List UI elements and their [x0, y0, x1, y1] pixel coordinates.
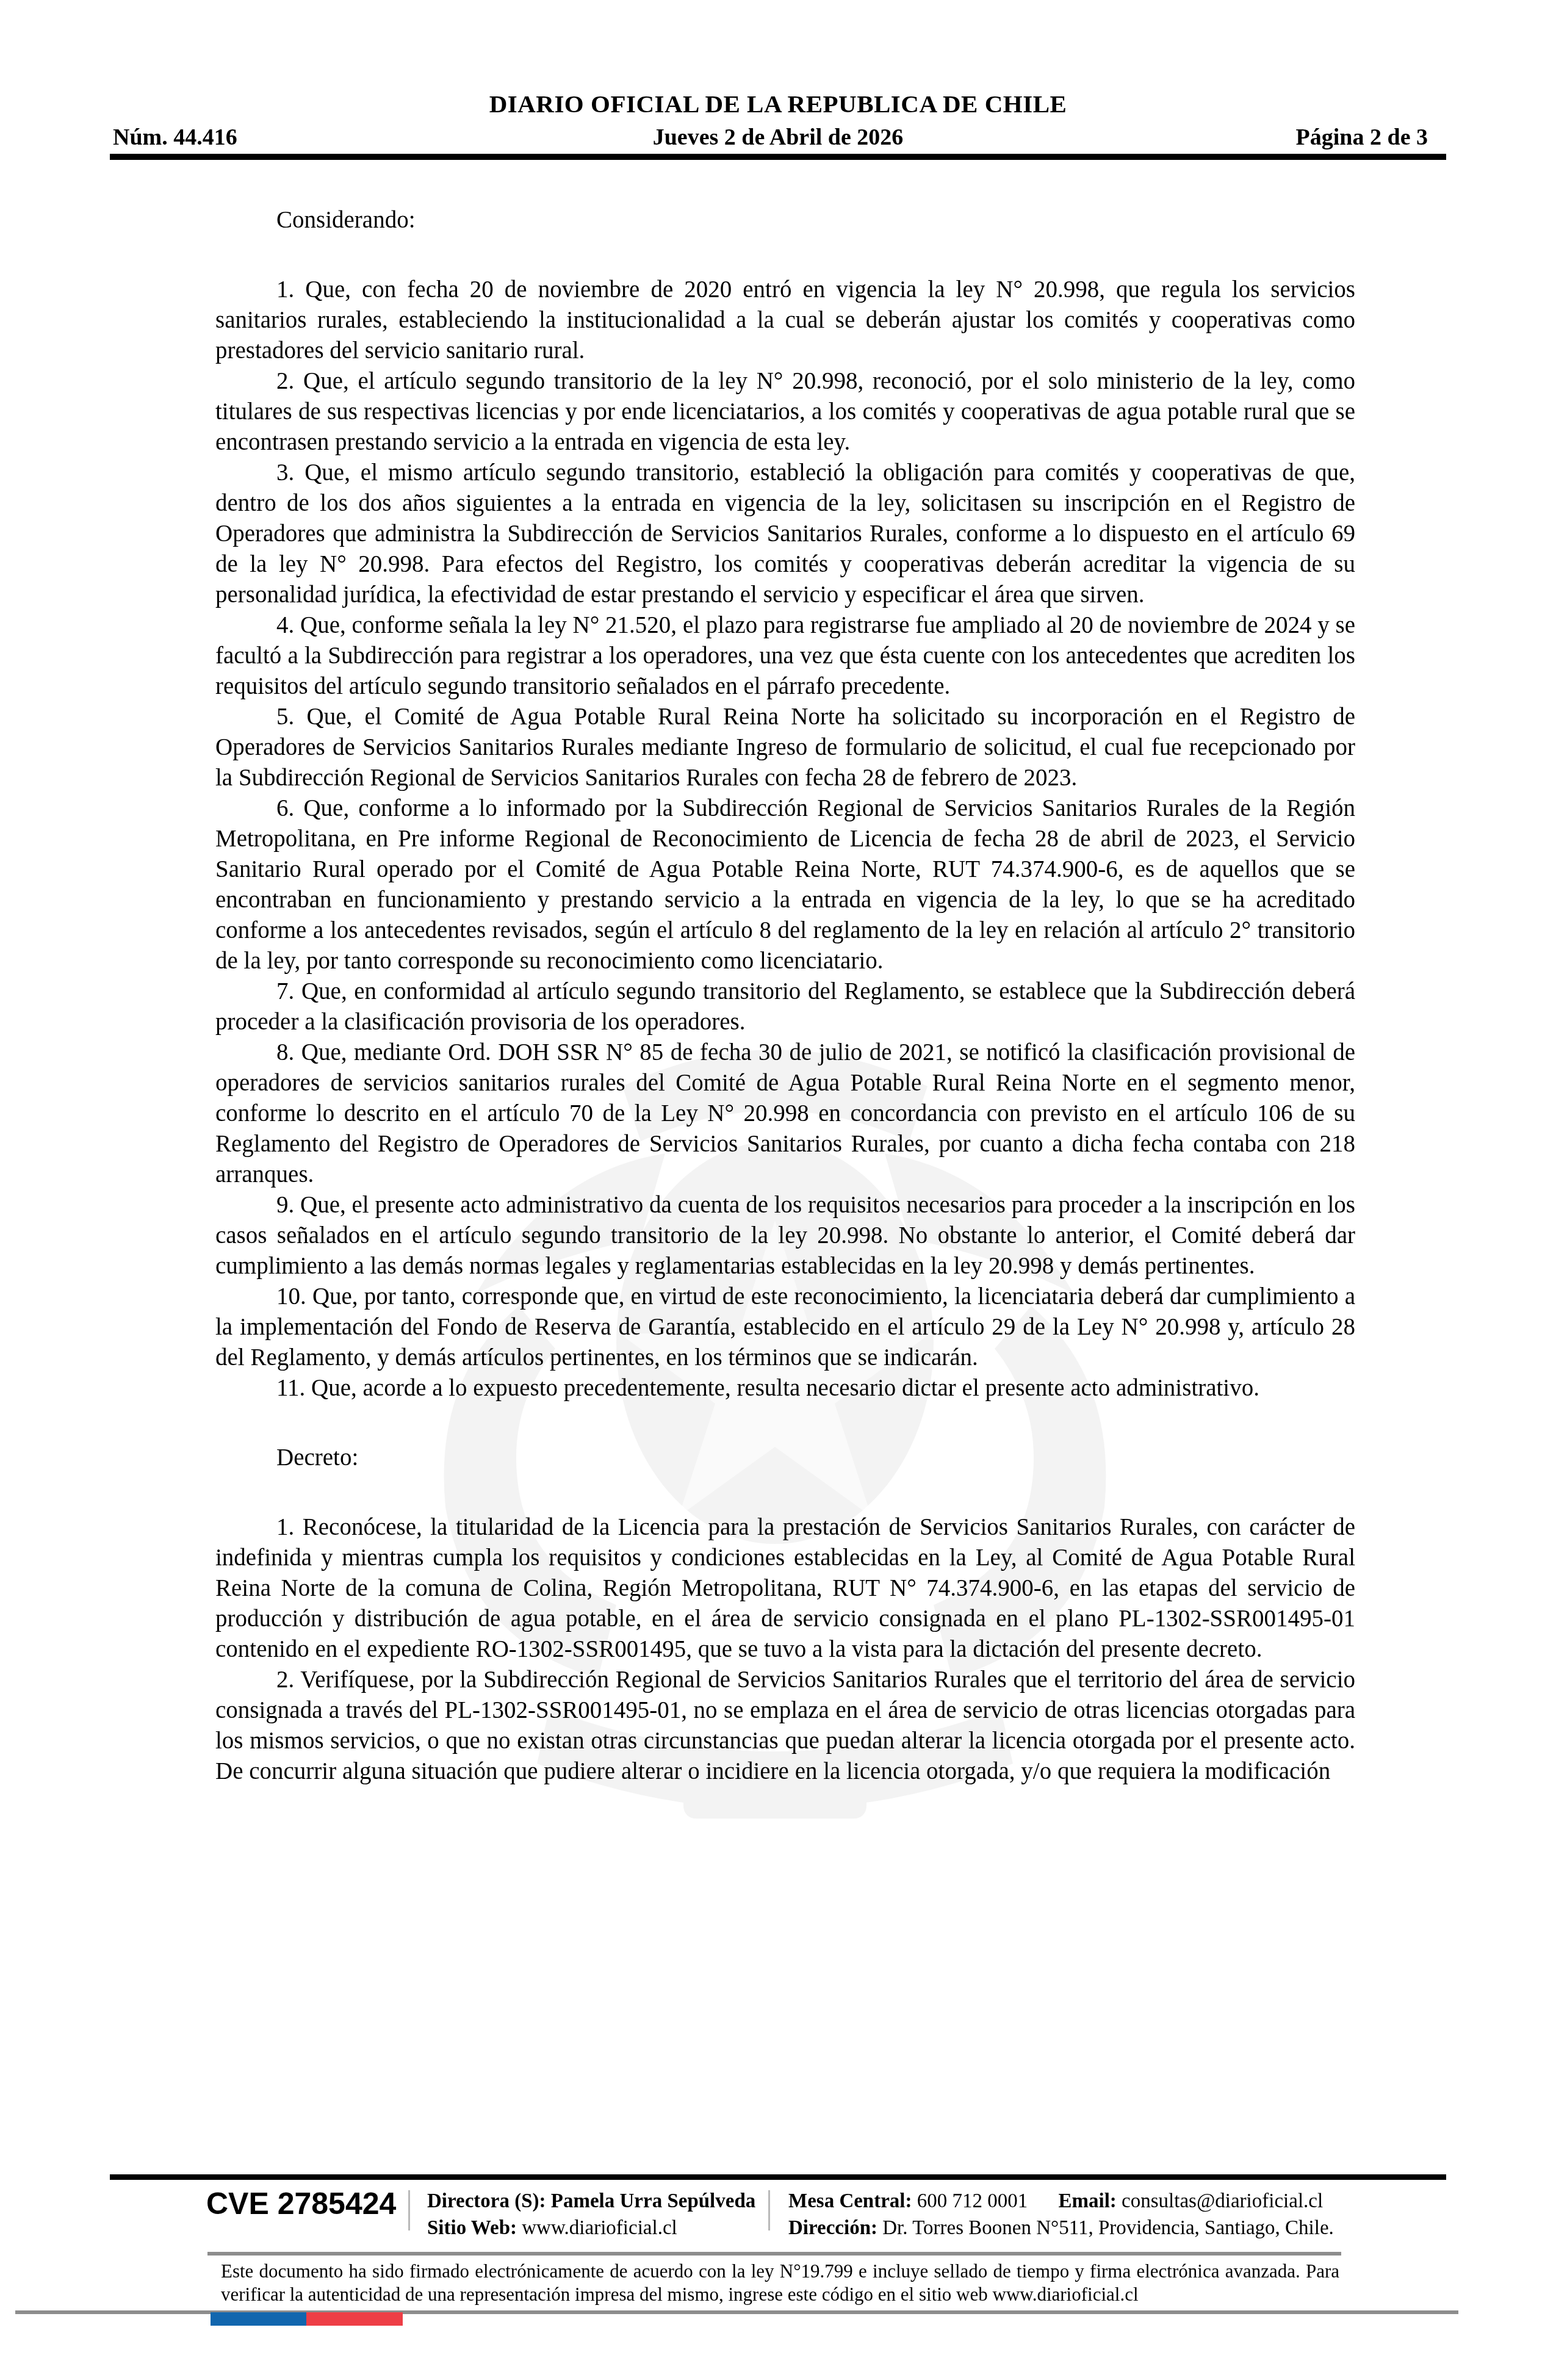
email-label: Email:: [1059, 2190, 1117, 2212]
cve-code: CVE 2785424: [206, 2186, 396, 2221]
considerando-paragraph-11: 11. Que, acorde a lo expuesto precedente…: [215, 1373, 1355, 1404]
phone-value: 600 712 0001: [917, 2190, 1028, 2212]
flag-blue-bar: [211, 2312, 306, 2326]
considerando-paragraph-9: 9. Que, el presente acto administrativo …: [215, 1190, 1355, 1282]
header-rule: [110, 154, 1446, 160]
site-url: www.diarioficial.cl: [522, 2217, 677, 2239]
considerando-paragraph-2: 2. Que, el artículo segundo transitorio …: [215, 366, 1355, 458]
decreto-heading: Decreto:: [215, 1443, 1355, 1473]
considerando-paragraph-6: 6. Que, conforme a lo informado por la S…: [215, 793, 1355, 976]
email-value: consultas@diarioficial.cl: [1122, 2190, 1323, 2212]
considerando-paragraph-8: 8. Que, mediante Ord. DOH SSR N° 85 de f…: [215, 1037, 1355, 1190]
phone-email-line: Mesa Central: 600 712 0001 Email: consul…: [788, 2188, 1334, 2215]
director-line: Directora (S): Pamela Urra Sepúlveda: [427, 2188, 755, 2215]
site-line: Sitio Web: www.diarioficial.cl: [427, 2215, 755, 2241]
considerando-paragraph-4: 4. Que, conforme señala la ley N° 21.520…: [215, 610, 1355, 702]
gazette-page: DIARIO OFICIAL DE LA REPUBLICA DE CHILE …: [0, 0, 1556, 2380]
section-spacer: [215, 236, 1355, 275]
footer-top-rule: [110, 2174, 1446, 2180]
considerando-paragraph-1: 1. Que, con fecha 20 de noviembre de 202…: [215, 275, 1355, 366]
phone-label: Mesa Central:: [788, 2190, 912, 2212]
decreto-paragraph-1: 1. Reconócese, la titularidad de la Lice…: [215, 1512, 1355, 1665]
decree-body: Considerando: 1. Que, con fecha 20 de no…: [215, 205, 1355, 1787]
address-label: Dirección:: [788, 2217, 877, 2239]
decreto-paragraph-2: 2. Verifíquese, por la Subdirección Regi…: [215, 1665, 1355, 1787]
considerando-paragraph-5: 5. Que, el Comité de Agua Potable Rural …: [215, 702, 1355, 793]
gazette-title: DIARIO OFICIAL DE LA REPUBLICA DE CHILE: [0, 89, 1556, 118]
considerando-heading: Considerando:: [215, 205, 1355, 236]
considerando-paragraph-3: 3. Que, el mismo artículo segundo transi…: [215, 458, 1355, 610]
address-value: Dr. Torres Boonen N°511, Providencia, Sa…: [882, 2217, 1334, 2239]
footer-middle-rule: [207, 2252, 1341, 2256]
footer-director-column: Directora (S): Pamela Urra Sepúlveda Sit…: [427, 2188, 755, 2241]
considerando-paragraph-10: 10. Que, por tanto, corresponde que, en …: [215, 1282, 1355, 1373]
section-spacer: [215, 1404, 1355, 1443]
footer-divider-2: [768, 2190, 770, 2230]
page-indicator: Página 2 de 3: [1296, 124, 1428, 151]
legal-notice: Este documento ha sido firmado electróni…: [221, 2260, 1339, 2306]
footer-divider-1: [408, 2190, 410, 2230]
footer-contact-column: Mesa Central: 600 712 0001 Email: consul…: [788, 2188, 1334, 2241]
site-label: Sitio Web:: [427, 2217, 517, 2239]
flag-red-bar: [306, 2312, 403, 2326]
considerando-paragraph-7: 7. Que, en conformidad al artículo segun…: [215, 976, 1355, 1037]
address-line: Dirección: Dr. Torres Boonen N°511, Prov…: [788, 2215, 1334, 2241]
section-spacer: [215, 1473, 1355, 1512]
